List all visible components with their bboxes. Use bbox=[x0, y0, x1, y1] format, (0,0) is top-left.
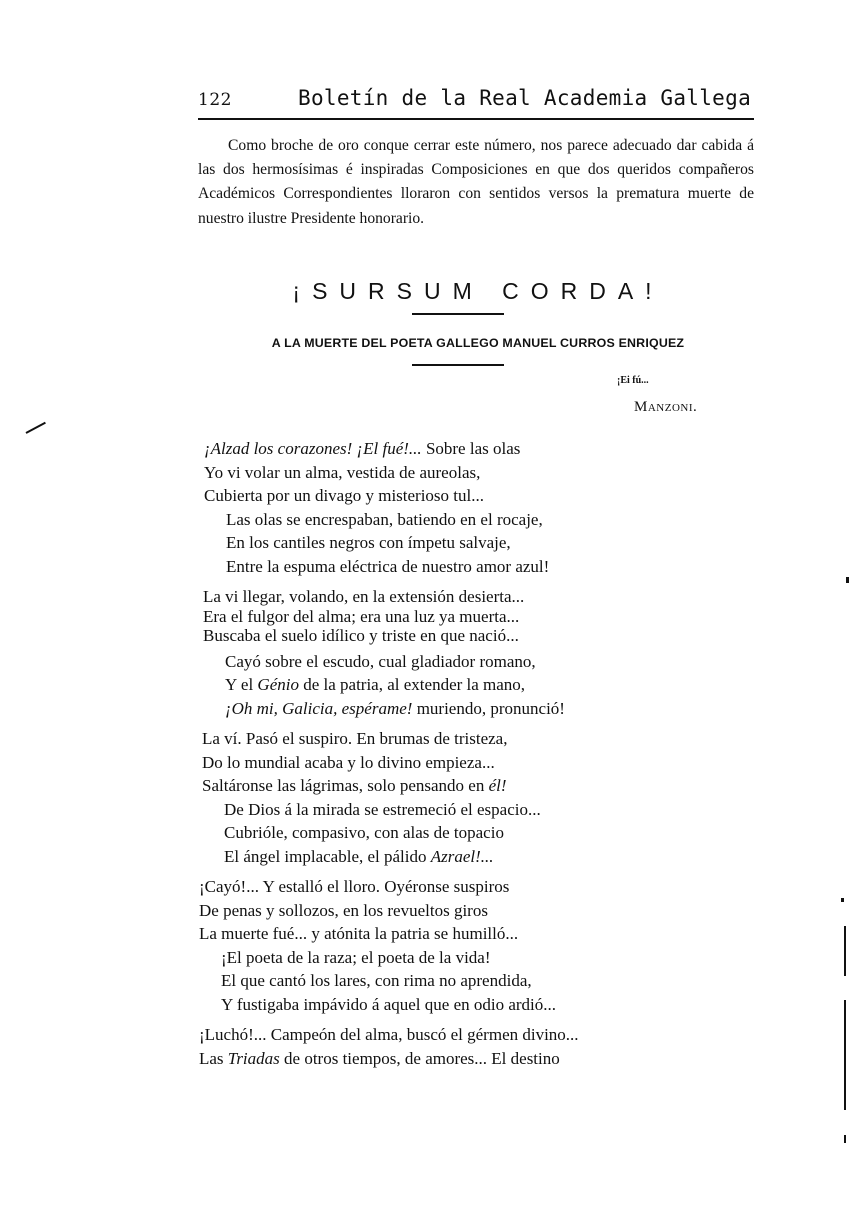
verse-line: Las olas se encrespaban, batiendo en el … bbox=[204, 508, 704, 532]
verse-line: Entre la espuma eléctrica de nuestro amo… bbox=[204, 555, 704, 579]
verse-line: La vi llegar, volando, en la extensión d… bbox=[203, 587, 703, 607]
scanned-page: 122 Boletín de la Real Academia Gallega … bbox=[0, 0, 850, 1219]
stanza-3: La ví. Pasó el suspiro. En brumas de tri… bbox=[202, 727, 702, 868]
verse-line: De penas y sollozos, en los revueltos gi… bbox=[199, 899, 699, 923]
intro-paragraph: Como broche de oro conque cerrar este nú… bbox=[198, 134, 754, 231]
scan-edge-line bbox=[844, 1135, 846, 1143]
verse-italic: Azrael!... bbox=[431, 847, 494, 866]
verse-text: Y el bbox=[225, 675, 257, 694]
verse-italic: ¡Oh mi, Galicia, espérame! bbox=[225, 699, 412, 718]
stanza-2: La vi llegar, volando, en la extensión d… bbox=[203, 587, 703, 720]
verse-italic: Triadas bbox=[228, 1049, 280, 1068]
verse-text: Saltáronse las lágrimas, solo pensando e… bbox=[202, 776, 489, 795]
verse-line: Era el fulgor del alma; era una luz ya m… bbox=[203, 607, 703, 627]
page-number: 122 bbox=[198, 90, 232, 110]
verse-line: Y fustigaba impávido á aquel que en odio… bbox=[199, 993, 699, 1017]
scan-speck bbox=[846, 577, 849, 583]
dedication-rule bbox=[412, 364, 504, 366]
verse-text: Las bbox=[199, 1049, 228, 1068]
verse-text: El ángel implacable, el pálido bbox=[224, 847, 431, 866]
verse-line: ¡El poeta de la raza; el poeta de la vid… bbox=[199, 946, 699, 970]
verse-text: de otros tiempos, de amores... El destin… bbox=[280, 1049, 560, 1068]
intro-text: Como broche de oro conque cerrar este nú… bbox=[198, 134, 754, 231]
epigraph-author: Manzoni. bbox=[634, 399, 697, 416]
poem-dedication: A LA MUERTE DEL POETA GALLEGO MANUEL CUR… bbox=[200, 336, 756, 350]
poem-title: ¡SURSUM CORDA! bbox=[200, 278, 756, 305]
verse-text: de la patria, al extender la mano, bbox=[299, 675, 525, 694]
scan-edge-line bbox=[844, 1000, 846, 1110]
verse-text: Sobre las olas bbox=[422, 439, 521, 458]
epigraph-quote: ¡Ei fú... bbox=[617, 375, 649, 386]
verse-line: Las Triadas de otros tiempos, de amores.… bbox=[199, 1047, 699, 1071]
verse-line: De Dios á la mirada se estremeció el esp… bbox=[202, 798, 702, 822]
stanza-1: ¡Alzad los corazones! ¡El fué!... Sobre … bbox=[204, 437, 704, 578]
verse-italic: él! bbox=[489, 776, 507, 795]
verse-line: En los cantiles negros con ímpetu salvaj… bbox=[204, 531, 704, 555]
scan-mark bbox=[26, 422, 46, 434]
title-rule bbox=[412, 313, 504, 315]
scan-edge-line bbox=[844, 926, 846, 976]
verse-text: muriendo, pronunció! bbox=[412, 699, 565, 718]
verse-line: ¡Alzad los corazones! ¡El fué!... Sobre … bbox=[204, 437, 704, 461]
scan-speck bbox=[841, 898, 844, 902]
verse-line: Saltáronse las lágrimas, solo pensando e… bbox=[202, 774, 702, 798]
verse-line: El que cantó los lares, con rima no apre… bbox=[199, 969, 699, 993]
stanza-4: ¡Cayó!... Y estalló el lloro. Oyéronse s… bbox=[199, 875, 699, 1016]
verse-line: La muerte fué... y atónita la patria se … bbox=[199, 922, 699, 946]
verse-line: Y el Génio de la patria, al extender la … bbox=[203, 673, 703, 697]
verse-italic: Génio bbox=[257, 675, 299, 694]
running-head: 122 Boletín de la Real Academia Gallega bbox=[198, 86, 638, 116]
verse-line: Cubierta por un divago y misterioso tul.… bbox=[204, 484, 704, 508]
verse-line: ¡Cayó!... Y estalló el lloro. Oyéronse s… bbox=[199, 875, 699, 899]
verse-line: El ángel implacable, el pálido Azrael!..… bbox=[202, 845, 702, 869]
verse-line: Do lo mundial acaba y lo divino empieza.… bbox=[202, 751, 702, 775]
verse-line: La ví. Pasó el suspiro. En brumas de tri… bbox=[202, 727, 702, 751]
stanza-5: ¡Luchó!... Campeón del alma, buscó el gé… bbox=[199, 1023, 699, 1070]
verse-line: Yo vi volar un alma, vestida de aureolas… bbox=[204, 461, 704, 485]
verse-line: Buscaba el suelo idílico y triste en que… bbox=[203, 626, 703, 646]
verse-line: Cayó sobre el escudo, cual gladiador rom… bbox=[203, 650, 703, 674]
verse-italic: ¡Alzad los corazones! ¡El fué!... bbox=[204, 439, 422, 458]
verse-line: ¡Luchó!... Campeón del alma, buscó el gé… bbox=[199, 1023, 699, 1047]
header-rule bbox=[198, 118, 754, 120]
verse-line: Cubrióle, compasivo, con alas de topacio bbox=[202, 821, 702, 845]
verse-line: ¡Oh mi, Galicia, espérame! muriendo, pro… bbox=[203, 697, 703, 721]
journal-title: Boletín de la Real Academia Gallega bbox=[298, 86, 751, 110]
